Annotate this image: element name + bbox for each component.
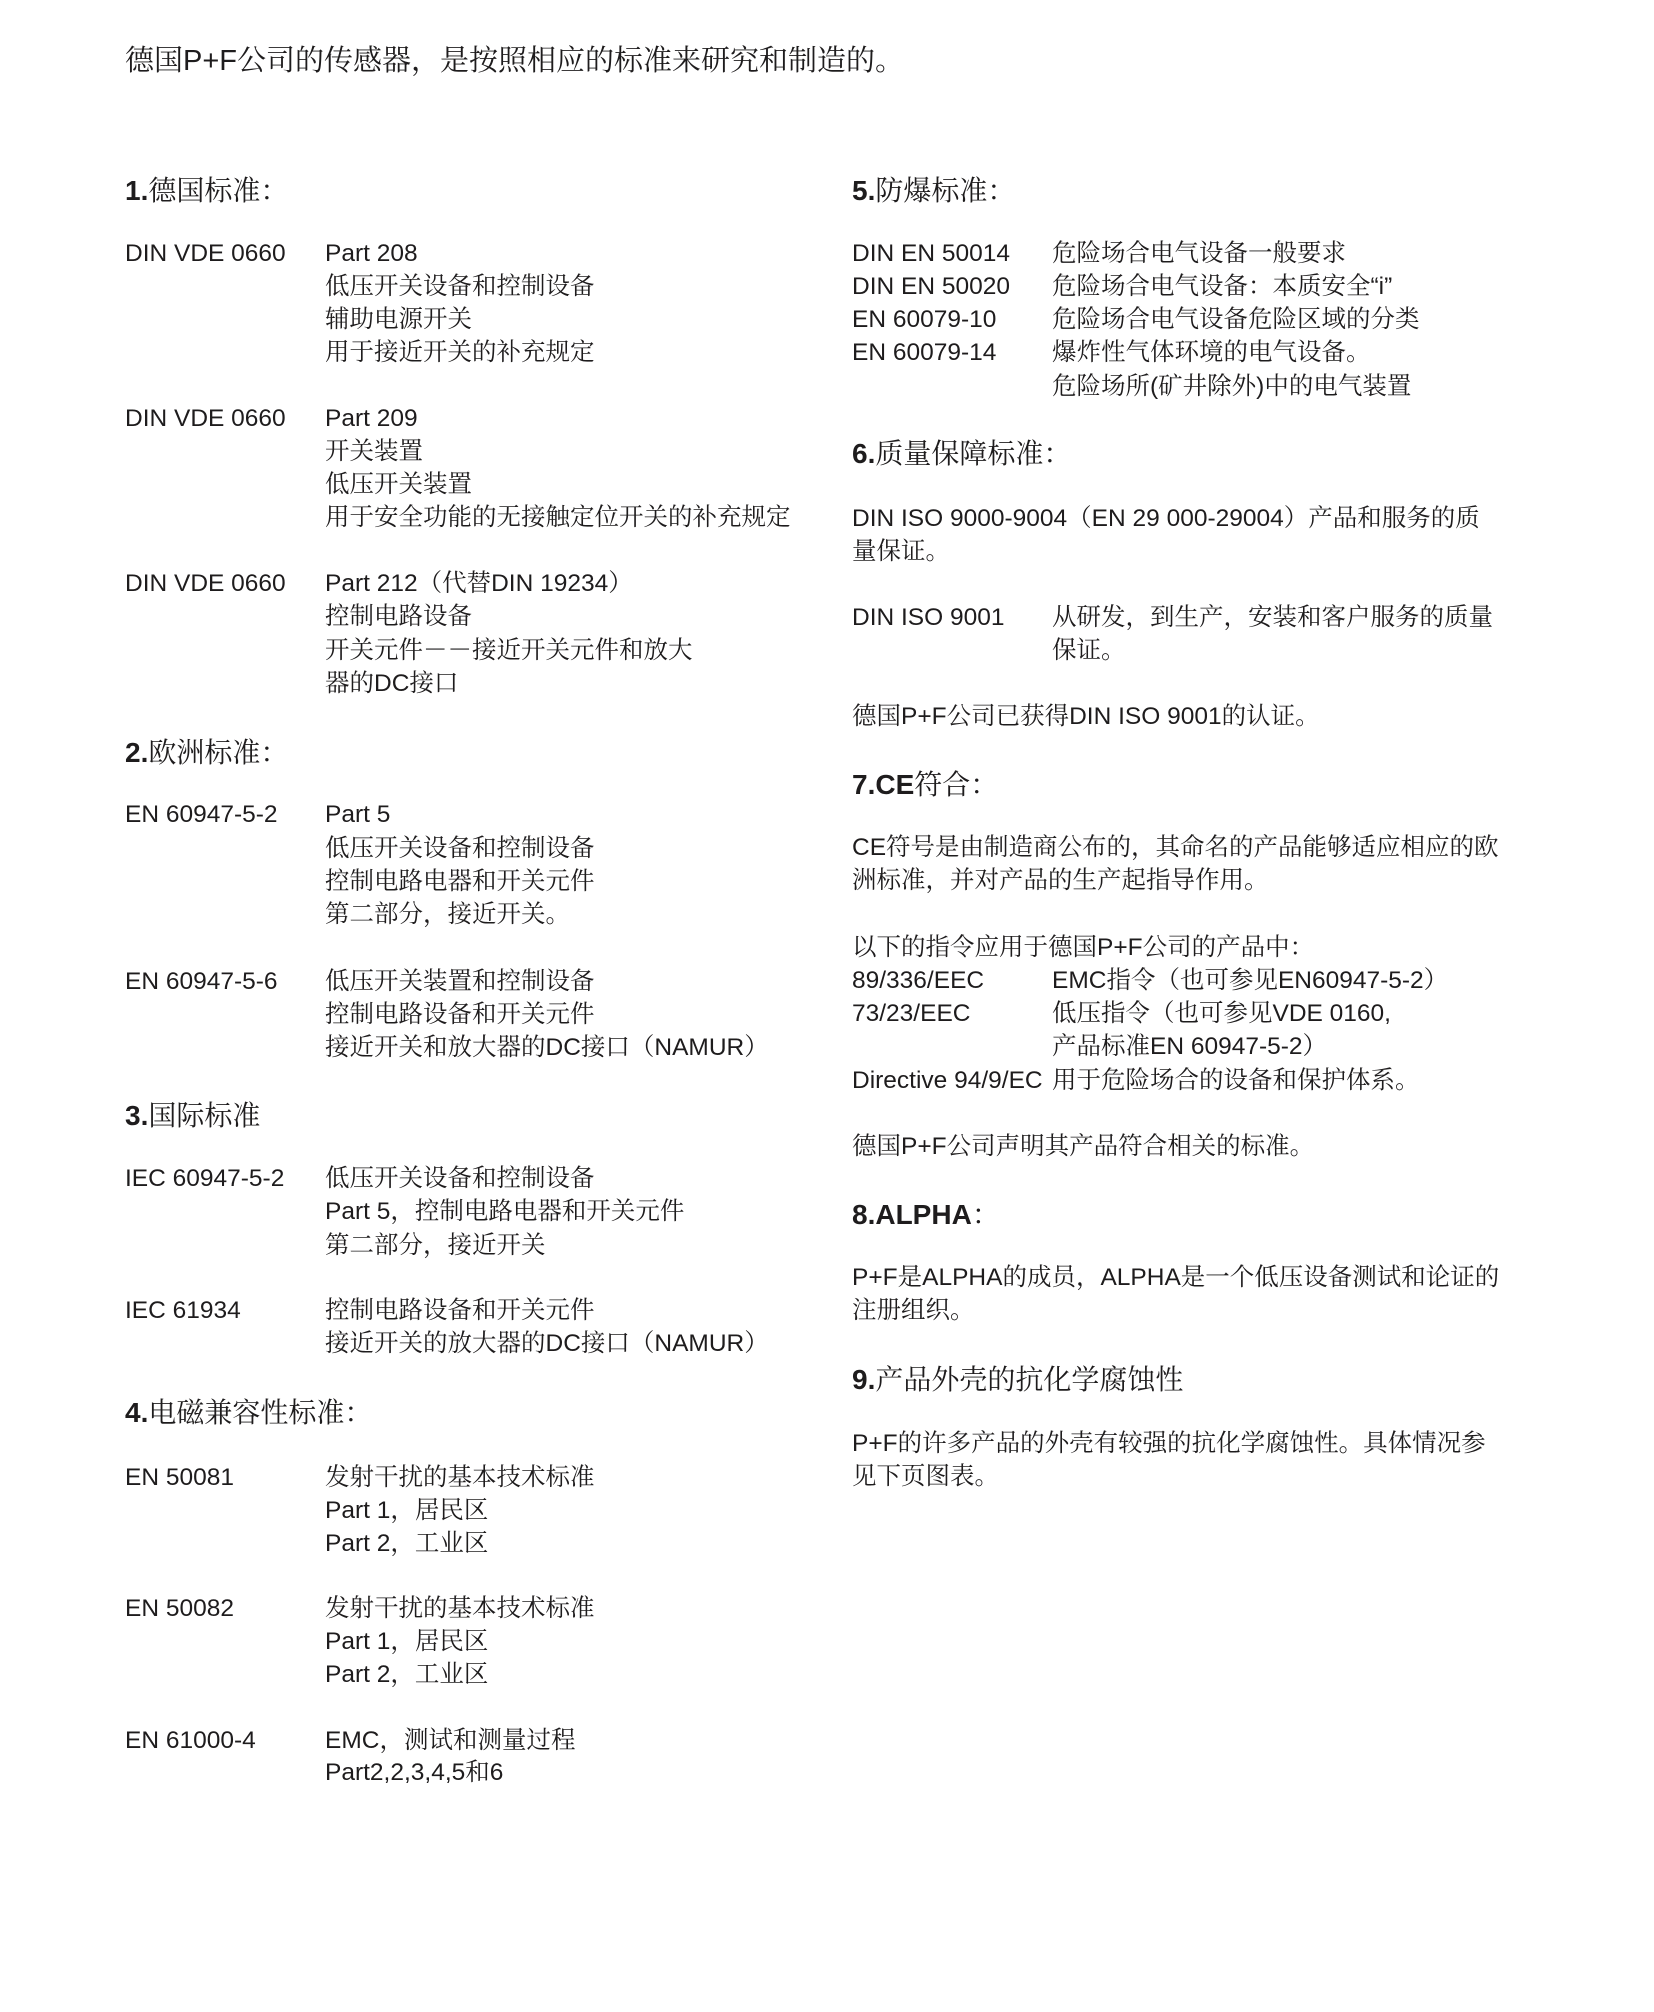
- standard-code: EN 60079-10: [852, 303, 996, 336]
- intro-text: 德国P+F公司的传感器，是按照相应的标准来研究和制造的。: [125, 42, 904, 80]
- declaration: 德国P+F公司声明其产品符合相关的标准。: [852, 1130, 1314, 1163]
- standard-desc: Part 1，居民区: [325, 1494, 488, 1527]
- section-number: 7.: [852, 769, 875, 800]
- standard-desc: Part 2，工业区: [325, 1658, 488, 1691]
- directive-desc: EMC指令（也可参见EN60947-5-2）: [1052, 964, 1448, 997]
- certification-note: 德国P+F公司已获得DIN ISO 9001的认证。: [852, 700, 1320, 733]
- standard-code: IEC 61934: [125, 1294, 241, 1327]
- standard-desc: Part 2，工业区: [325, 1527, 488, 1560]
- standard-code: EN 50082: [125, 1592, 234, 1625]
- directive-desc: 低压指令（也可参见VDE 0160,: [1052, 997, 1391, 1030]
- standard-desc: 控制电路设备和开关元件: [325, 1294, 595, 1327]
- section-5-heading: 5.防爆标准：: [852, 173, 1015, 209]
- section-title: ：: [972, 1199, 1000, 1230]
- section-number: 3.: [125, 1100, 148, 1131]
- directives-intro: 以下的指令应用于德国P+F公司的产品中：: [852, 931, 1314, 964]
- standard-desc: 低压开关装置: [325, 468, 472, 501]
- section-number: 5.: [852, 175, 875, 206]
- standard-code: EN 60947-5-2: [125, 798, 278, 831]
- standard-desc: Part2,2,3,4,5和6: [325, 1756, 503, 1789]
- standard-desc: 控制电路设备: [325, 600, 472, 633]
- section-number: 4.: [125, 1397, 148, 1428]
- section-title-bold: ALPHA: [875, 1199, 971, 1230]
- section-1-heading: 1.德国标准：: [125, 173, 288, 209]
- paragraph-line: CE符号是由制造商公布的，其命名的产品能够适应相应的欧: [852, 831, 1499, 864]
- standard-desc: 接近开关和放大器的DC接口（NAMUR）: [325, 1031, 769, 1064]
- standard-desc: 开关元件－－接近开关元件和放大: [325, 634, 693, 667]
- standard-desc: 发射干扰的基本技术标准: [325, 1461, 595, 1494]
- section-title: 电磁兼容性标准：: [148, 1397, 372, 1428]
- directive-code: 89/336/EEC: [852, 964, 984, 997]
- standard-code: EN 60947-5-6: [125, 965, 278, 998]
- paragraph-line: DIN ISO 9000-9004（EN 29 000-29004）产品和服务的…: [852, 502, 1480, 535]
- standard-desc: 低压开关设备和控制设备: [325, 1162, 595, 1195]
- standard-desc: Part 5: [325, 798, 390, 831]
- section-title-bold: CE: [875, 769, 914, 800]
- standard-desc: 接近开关的放大器的DC接口（NAMUR）: [325, 1327, 769, 1360]
- standard-code: DIN EN 50014: [852, 237, 1010, 270]
- standard-desc: 低压开关装置和控制设备: [325, 965, 595, 998]
- standard-code: DIN VDE 0660: [125, 402, 286, 435]
- paragraph-line: P+F是ALPHA的成员，ALPHA是一个低压设备测试和论证的: [852, 1261, 1499, 1294]
- standard-desc: 危险场所(矿井除外)中的电气装置: [1052, 370, 1411, 403]
- standard-desc: Part 208: [325, 237, 418, 270]
- paragraph-line: 量保证。: [852, 535, 950, 568]
- standard-desc: 危险场合电气设备：本质安全“i”: [1052, 270, 1392, 303]
- section-3-heading: 3.国际标准: [125, 1098, 260, 1134]
- directive-code: Directive 94/9/EC: [852, 1064, 1043, 1097]
- section-title: 欧洲标准：: [148, 737, 288, 768]
- standard-desc: 保证。: [1052, 634, 1126, 667]
- section-title: 德国标准：: [148, 175, 288, 206]
- section-number: 8.: [852, 1199, 875, 1230]
- standard-desc: 器的DC接口: [325, 667, 458, 700]
- section-number: 2.: [125, 737, 148, 768]
- directive-desc: 产品标准EN 60947-5-2）: [1052, 1030, 1327, 1063]
- standard-code: DIN VDE 0660: [125, 237, 286, 270]
- standard-desc: 用于接近开关的补充规定: [325, 336, 595, 369]
- paragraph-line: 注册组织。: [852, 1294, 975, 1327]
- standard-desc: 辅助电源开关: [325, 303, 472, 336]
- paragraph-line: 见下页图表。: [852, 1460, 999, 1493]
- section-9-heading: 9.产品外壳的抗化学腐蚀性: [852, 1362, 1183, 1398]
- section-title: 符合：: [914, 769, 998, 800]
- standard-desc: Part 209: [325, 402, 418, 435]
- standard-desc: Part 212（代替DIN 19234）: [325, 567, 633, 600]
- section-title: 国际标准: [148, 1100, 260, 1131]
- standard-desc: 危险场合电气设备一般要求: [1052, 237, 1346, 270]
- paragraph-line: P+F的许多产品的外壳有较强的抗化学腐蚀性。具体情况参: [852, 1427, 1486, 1460]
- section-title: 防爆标准：: [875, 175, 1015, 206]
- standard-desc: 从研发，到生产，安装和客户服务的质量: [1052, 601, 1493, 634]
- standard-desc: 控制电路电器和开关元件: [325, 865, 595, 898]
- standard-desc: 开关装置: [325, 435, 423, 468]
- section-number: 1.: [125, 175, 148, 206]
- standard-code: IEC 60947-5-2: [125, 1162, 284, 1195]
- standard-code: EN 60079-14: [852, 336, 996, 369]
- section-4-heading: 4.电磁兼容性标准：: [125, 1395, 372, 1431]
- section-2-heading: 2.欧洲标准：: [125, 735, 288, 771]
- standard-desc: 危险场合电气设备危险区域的分类: [1052, 303, 1420, 336]
- standard-desc: 第二部分，接近开关。: [325, 898, 570, 931]
- standard-desc: 用于安全功能的无接触定位开关的补充规定: [325, 501, 791, 534]
- standard-desc: 爆炸性气体环境的电气设备。: [1052, 336, 1371, 369]
- paragraph-line: 洲标准，并对产品的生产起指导作用。: [852, 864, 1269, 897]
- section-6-heading: 6.质量保障标准：: [852, 436, 1071, 472]
- standard-desc: 发射干扰的基本技术标准: [325, 1592, 595, 1625]
- standard-code: EN 50081: [125, 1461, 234, 1494]
- directive-code: 73/23/EEC: [852, 997, 971, 1030]
- standard-desc: EMC，测试和测量过程: [325, 1724, 575, 1757]
- standard-code: EN 61000-4: [125, 1724, 256, 1757]
- standard-code: DIN EN 50020: [852, 270, 1010, 303]
- standard-desc: Part 1，居民区: [325, 1625, 488, 1658]
- standard-code: DIN ISO 9001: [852, 601, 1005, 634]
- section-title: 质量保障标准：: [875, 438, 1071, 469]
- section-number: 6.: [852, 438, 875, 469]
- standard-desc: Part 5，控制电路电器和开关元件: [325, 1195, 684, 1228]
- standard-desc: 低压开关设备和控制设备: [325, 270, 595, 303]
- standard-desc: 低压开关设备和控制设备: [325, 832, 595, 865]
- section-8-heading: 8.ALPHA：: [852, 1197, 1000, 1233]
- section-7-heading: 7.CE符合：: [852, 767, 998, 803]
- standard-desc: 第二部分，接近开关: [325, 1229, 546, 1262]
- section-number: 9.: [852, 1364, 875, 1395]
- section-title: 产品外壳的抗化学腐蚀性: [875, 1364, 1183, 1395]
- directive-desc: 用于危险场合的设备和保护体系。: [1052, 1064, 1420, 1097]
- standard-code: DIN VDE 0660: [125, 567, 286, 600]
- standard-desc: 控制电路设备和开关元件: [325, 998, 595, 1031]
